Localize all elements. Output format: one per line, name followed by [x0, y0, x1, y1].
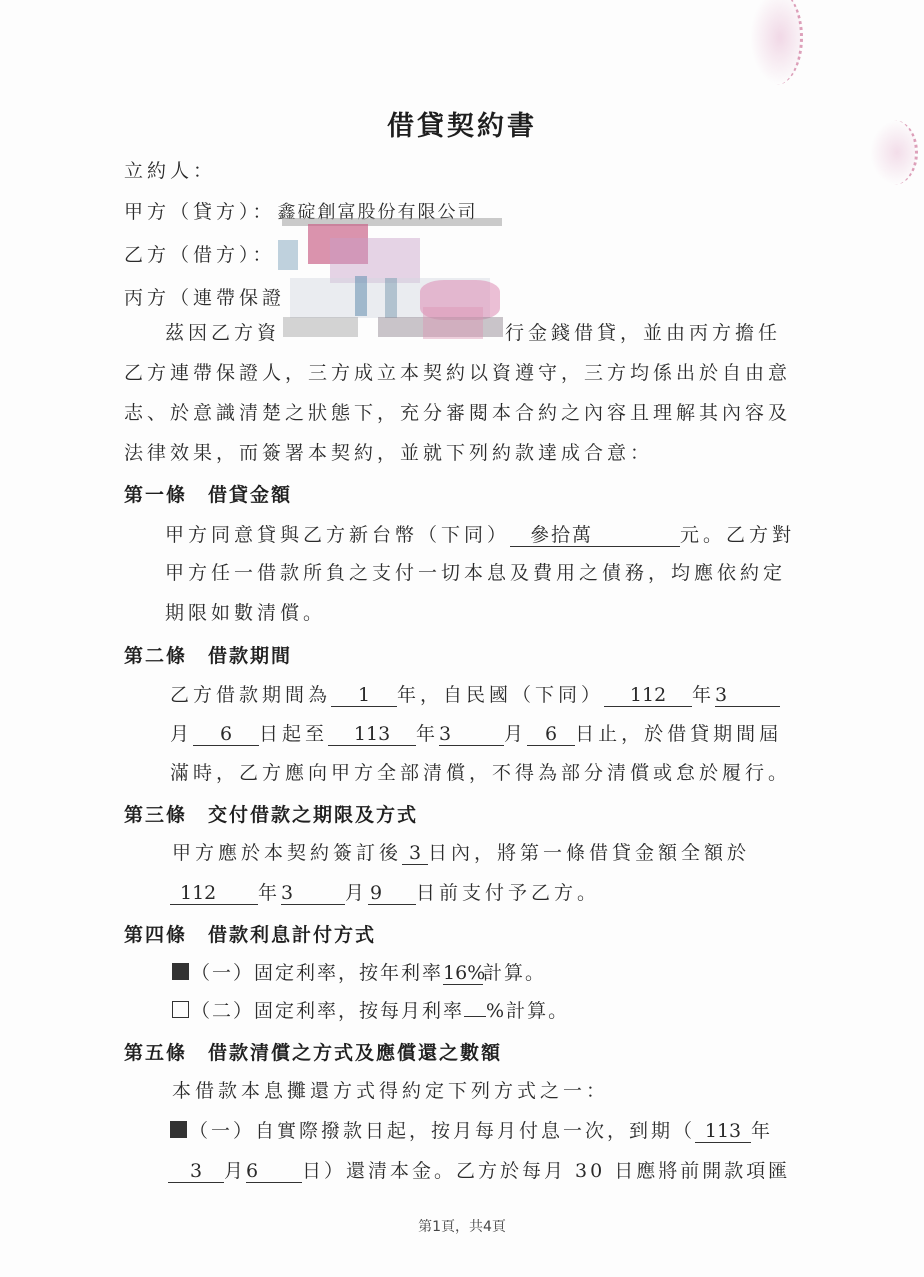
start-year-field: 112 [604, 686, 692, 707]
end-year-field: 113 [328, 725, 416, 746]
redaction-mosaic-parties [270, 218, 510, 318]
due-year-field: 113 [695, 1122, 751, 1143]
due-month-field: 3 [168, 1162, 224, 1183]
article-1-line-3: 期限如數清償。 [165, 598, 326, 625]
party-a-label: 甲方（貸方）： [124, 201, 276, 223]
monthly-rate-field [464, 1016, 486, 1017]
party-c-label: 丙方（連帶保證 [124, 283, 285, 310]
article-2-line-3: 滿時，乙方應向甲方全部清償，不得為部分清償或怠於履行。 [170, 758, 791, 785]
article-5-intro: 本借款本息攤還方式得約定下列方式之一： [172, 1076, 609, 1103]
seal-stamp-top-right [750, 0, 803, 85]
interest-option-2: （二）固定利率，按每月利率%計算。 [172, 996, 569, 1023]
checkbox-unchecked-icon[interactable] [172, 1001, 189, 1018]
checkbox-checked-icon[interactable] [172, 963, 189, 980]
party-b-label: 乙方（借方）： [124, 240, 276, 267]
loan-years-field: 1 [331, 686, 397, 707]
start-month-field: 3 [715, 686, 780, 707]
repayment-option-1-line-2: 3月6日）還清本金。乙方於每月 30 日應將前開款項匯 [168, 1156, 790, 1183]
repayment-option-1: （一）自實際撥款日起，按月每月付息一次，到期（113年 [170, 1116, 773, 1143]
annual-rate-field: 16% [443, 964, 483, 985]
pay-month-field: 3 [281, 884, 345, 905]
interest-option-1: （一）固定利率，按年利率16%計算。 [172, 958, 546, 985]
document-title: 借貸契約書 [0, 104, 924, 143]
article-1-line-1: 甲方同意貸與乙方新台幣（下同）參拾萬元。乙方對 [165, 520, 795, 547]
start-day-field: 6 [193, 725, 259, 746]
loan-amount-field: 參拾萬 [510, 526, 680, 547]
due-day-field: 6 [246, 1162, 302, 1183]
article-3-heading: 第三條 交付借款之期限及方式 [124, 800, 418, 827]
article-2-line-2: 月6日起至113年3月6日止，於借貸期間屆 [170, 719, 782, 746]
article-5-heading: 第五條 借款清償之方式及應償還之數額 [124, 1038, 502, 1065]
article-3-line-2: 112年3月9日前支付予乙方。 [170, 878, 600, 905]
article-3-line-1: 甲方應於本契約簽訂後3日內，將第一條借貸金額全額於 [172, 838, 750, 865]
article-1-heading: 第一條 借貸金額 [124, 480, 292, 507]
page-footer: 第1頁，共4頁 [0, 1216, 924, 1236]
article-2-line-1: 乙方借款期間為1年，自民國（下同）112年3 [170, 680, 780, 707]
pay-year-field: 112 [170, 884, 258, 905]
preamble-line-2: 乙方連帶保證人，三方成立本契約以資遵守，三方均係出於自由意 [124, 358, 791, 385]
article-2-heading: 第二條 借款期間 [124, 641, 292, 668]
checkbox-checked-icon[interactable] [170, 1121, 187, 1138]
end-month-field: 3 [439, 725, 504, 746]
end-day-field: 6 [527, 725, 575, 746]
article-1-line-2: 甲方任一借款所負之支付一切本息及費用之債務，均應依約定 [165, 558, 786, 585]
pay-day-field: 9 [368, 884, 416, 905]
preamble-line-4: 法律效果，而簽署本契約，並就下列約款達成合意： [124, 438, 653, 465]
preamble-line-1: 茲因乙方資行金錢借貸，並由丙方擔任 [165, 318, 781, 345]
article-4-heading: 第四條 借款利息計付方式 [124, 920, 376, 947]
delivery-days-field: 3 [402, 844, 428, 865]
preamble-line-3: 志、於意識清楚之狀態下，充分審閱本合約之內容且理解其內容及 [124, 398, 791, 425]
parties-label: 立約人： [124, 156, 216, 183]
